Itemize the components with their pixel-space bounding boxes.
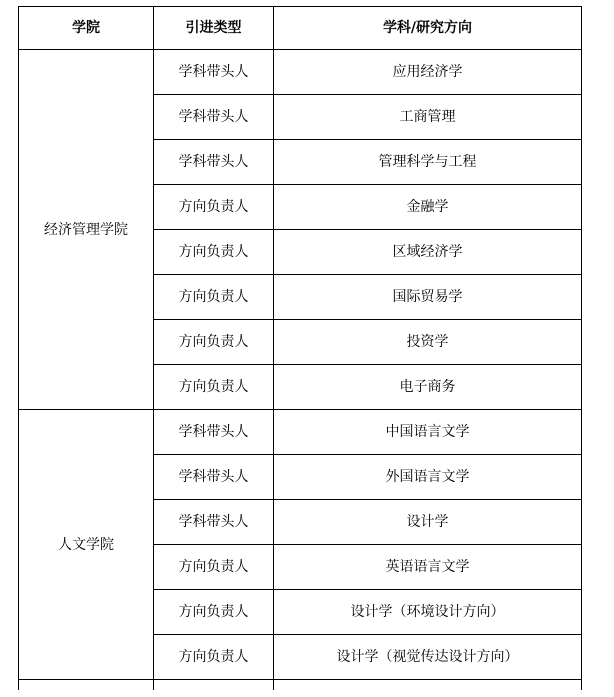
- recruit-type-cell: 方向负责人: [154, 275, 274, 320]
- header-discipline: 学科/研究方向: [274, 7, 582, 50]
- discipline-cell: [274, 680, 582, 690]
- table-header-row: 学院 引进类型 学科/研究方向: [19, 7, 582, 50]
- recruit-type-cell: 学科带头人: [154, 500, 274, 545]
- recruit-type-cell: 方向负责人: [154, 230, 274, 275]
- recruit-type-cell: 方向负责人: [154, 320, 274, 365]
- recruit-type-cell: 方向负责人: [154, 590, 274, 635]
- discipline-cell: 中国语言文学: [274, 410, 582, 455]
- recruit-type-cell: 方向负责人: [154, 635, 274, 680]
- discipline-cell: 投资学: [274, 320, 582, 365]
- recruit-type-cell: 方向负责人: [154, 365, 274, 410]
- header-recruit-type: 引进类型: [154, 7, 274, 50]
- recruit-type-cell: 学科带头人: [154, 140, 274, 185]
- discipline-cell: 英语语言文学: [274, 545, 582, 590]
- discipline-cell: 金融学: [274, 185, 582, 230]
- discipline-cell: 设计学（环境设计方向）: [274, 590, 582, 635]
- discipline-cell: 工商管理: [274, 95, 582, 140]
- recruit-type-cell: [154, 680, 274, 690]
- recruit-type-cell: 学科带头人: [154, 95, 274, 140]
- college-cell: [19, 680, 154, 690]
- discipline-cell: 国际贸易学: [274, 275, 582, 320]
- college-cell: 经济管理学院: [19, 50, 154, 410]
- recruit-type-cell: 学科带头人: [154, 50, 274, 95]
- recruit-type-cell: 方向负责人: [154, 185, 274, 230]
- discipline-cell: 应用经济学: [274, 50, 582, 95]
- discipline-cell: 设计学: [274, 500, 582, 545]
- recruit-type-cell: 学科带头人: [154, 455, 274, 500]
- table-row: 经济管理学院 学科带头人 应用经济学: [19, 50, 582, 95]
- discipline-cell: 区域经济学: [274, 230, 582, 275]
- recruitment-table: 学院 引进类型 学科/研究方向 经济管理学院 学科带头人 应用经济学 学科带头人…: [18, 6, 582, 690]
- header-college: 学院: [19, 7, 154, 50]
- table-row: 人文学院 学科带头人 中国语言文学: [19, 410, 582, 455]
- discipline-cell: 设计学（视觉传达设计方向）: [274, 635, 582, 680]
- table-row-partial: [19, 680, 582, 690]
- discipline-cell: 电子商务: [274, 365, 582, 410]
- discipline-cell: 管理科学与工程: [274, 140, 582, 185]
- discipline-cell: 外国语言文学: [274, 455, 582, 500]
- recruit-type-cell: 方向负责人: [154, 545, 274, 590]
- college-cell: 人文学院: [19, 410, 154, 680]
- recruit-type-cell: 学科带头人: [154, 410, 274, 455]
